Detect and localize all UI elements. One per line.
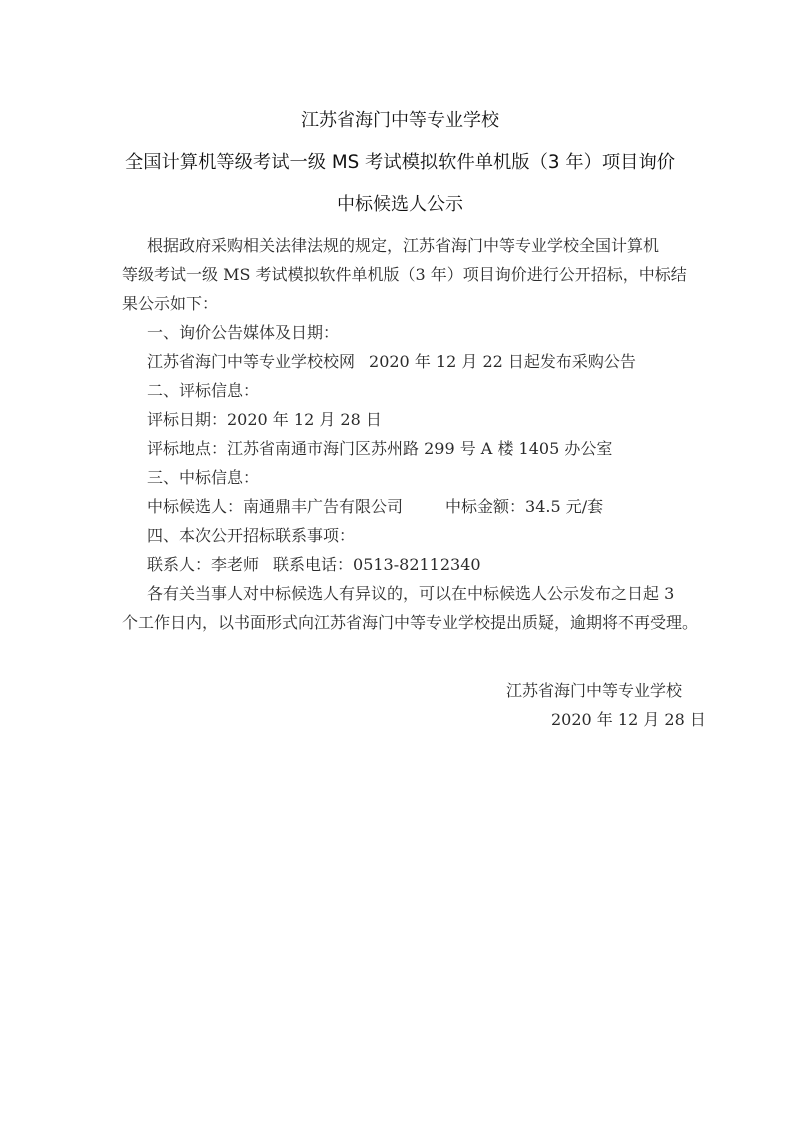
intro-line-3: 果公示如下：: [122, 294, 682, 314]
evaluation-date: 评标日期：2020 年 12 月 28 日: [147, 410, 707, 430]
contact-person: 联系人：李老师: [147, 555, 259, 574]
section-3-heading: 三、中标信息：: [147, 468, 707, 488]
title-school-name: 江苏省海门中等专业学校: [0, 106, 800, 132]
announcement-date: 2020 年 12 月 22 日起发布采购公告: [369, 352, 636, 371]
section-3-content: 中标候选人：南通鼎丰广告有限公司中标金额：34.5 元/套: [147, 497, 707, 517]
signature-organization: 江苏省海门中等专业学校: [506, 678, 682, 701]
notice-line-1: 各有关当事人对中标候选人有异议的，可以在中标候选人公示发布之日起 3: [147, 584, 707, 604]
notice-line-2: 个工作日内，以书面形式向江苏省海门中等专业学校提出质疑，逾期将不再受理。: [122, 613, 682, 633]
contact-phone: 联系电话：0513-82112340: [273, 555, 481, 574]
section-2-heading: 二、评标信息：: [147, 381, 707, 401]
section-4-content: 联系人：李老师联系电话：0513-82112340: [147, 555, 707, 575]
winning-candidate: 中标候选人：南通鼎丰广告有限公司: [147, 497, 403, 516]
winning-amount: 中标金额：34.5 元/套: [445, 497, 603, 516]
section-1-content: 江苏省海门中等专业学校校网2020 年 12 月 22 日起发布采购公告: [147, 352, 707, 372]
title-announcement-type: 中标候选人公示: [0, 190, 800, 216]
section-1-heading: 一、询价公告媒体及日期：: [147, 323, 707, 343]
evaluation-location: 评标地点：江苏省南通市海门区苏州路 299 号 A 楼 1405 办公室: [147, 439, 707, 459]
signature-date: 2020 年 12 月 28 日: [551, 707, 706, 730]
title-project-name: 全国计算机等级考试一级 MS 考试模拟软件单机版（3 年）项目询价: [0, 148, 800, 174]
section-4-heading: 四、本次公开招标联系事项：: [147, 526, 707, 546]
document-page: 江苏省海门中等专业学校 全国计算机等级考试一级 MS 考试模拟软件单机版（3 年…: [0, 0, 800, 1131]
intro-line-1: 根据政府采购相关法律法规的规定，江苏省海门中等专业学校全国计算机: [147, 236, 707, 256]
intro-line-2: 等级考试一级 MS 考试模拟软件单机版（3 年）项目询价进行公开招标，中标结: [122, 265, 682, 285]
announcement-media: 江苏省海门中等专业学校校网: [147, 352, 355, 371]
